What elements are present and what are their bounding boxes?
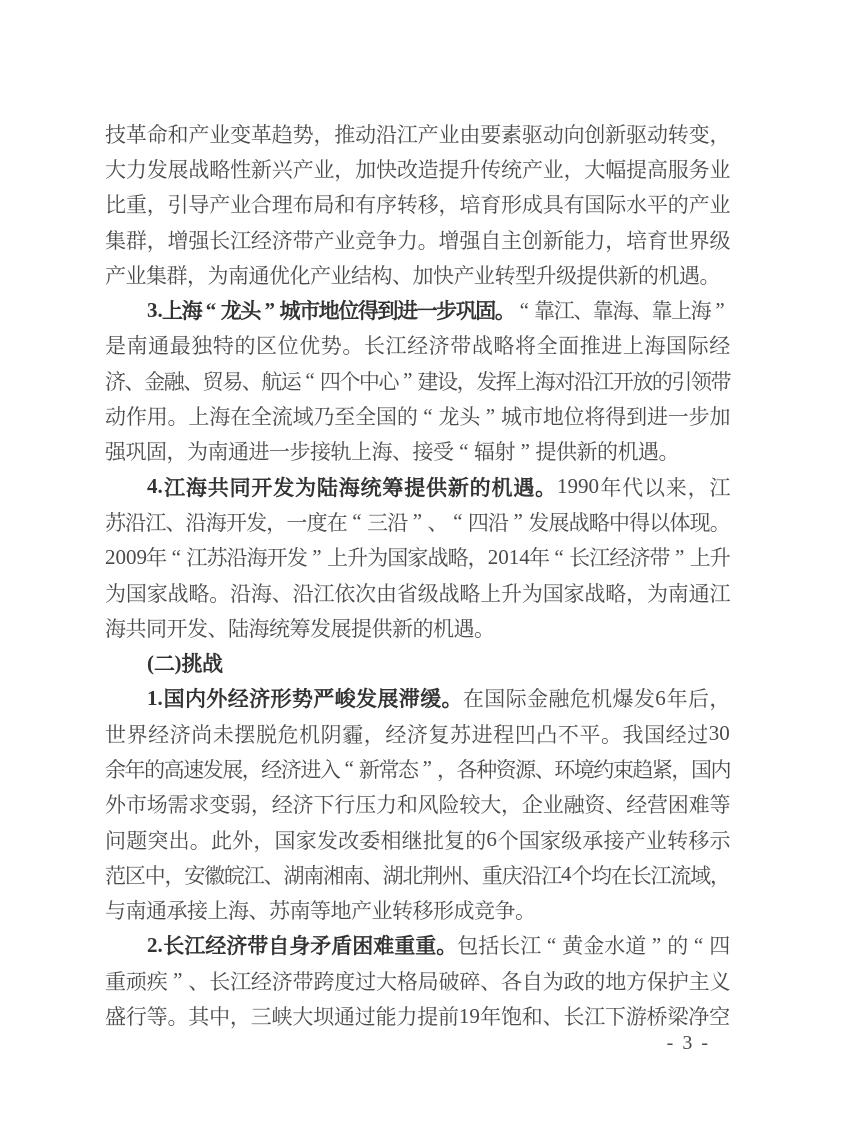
text-line: 技革命和产业变革趋势，推动沿江产业由要素驱动向创新驱动转变， bbox=[105, 116, 730, 151]
text-line: 盛行等。其中，三峡大坝通过能力提前19年饱和、长江下游桥梁净空 bbox=[105, 998, 730, 1033]
text-line: 问题突出。此外，国家发改委相继批复的6个国家级承接产业转移示 bbox=[105, 822, 730, 857]
text-line: 3.上海“龙头”城市地位得到进一步巩固。“靠江、靠海、靠上海” bbox=[105, 292, 730, 327]
text-line: 大力发展战略性新兴产业，加快改造提升传统产业，大幅提高服务业 bbox=[105, 151, 730, 186]
page-number: - 3 - bbox=[667, 1032, 710, 1055]
text-line: 产业集群，为南通优化产业结构、加快产业转型升级提供新的机遇。 bbox=[105, 257, 730, 292]
text-line: 余年的高速发展，经济进入“新常态”，各种资源、环境约束趋紧，国内 bbox=[105, 751, 730, 786]
text-line: 比重，引导产业合理布局和有序转移，培育形成具有国际水平的产业 bbox=[105, 187, 730, 222]
text-line: 苏沿江、沿海开发，一度在“三沿”、“四沿”发展战略中得以体现。 bbox=[105, 504, 730, 539]
text-line: (二)挑战 bbox=[105, 645, 730, 680]
text-line: 重顽疾”、长江经济带跨度过大格局破碎、各自为政的地方保护主义 bbox=[105, 963, 730, 998]
text-line: 范区中，安徽皖江、湖南湘南、湖北荆州、重庆沿江4个均在长江流域， bbox=[105, 857, 730, 892]
text-line: 是南通最独特的区位优势。长江经济带战略将全面推进上海国际经 bbox=[105, 328, 730, 363]
document-page: 技革命和产业变革趋势，推动沿江产业由要素驱动向创新驱动转变，大力发展战略性新兴产… bbox=[0, 0, 850, 1146]
text-line: 4.江海共同开发为陆海统筹提供新的机遇。1990年代以来，江 bbox=[105, 469, 730, 504]
text-block: 技革命和产业变革趋势，推动沿江产业由要素驱动向创新驱动转变，大力发展战略性新兴产… bbox=[105, 116, 730, 1034]
text-line: 济、金融、贸易、航运“四个中心”建设，发挥上海对沿江开放的引领带 bbox=[105, 363, 730, 398]
text-line: 外市场需求变弱，经济下行压力和风险较大，企业融资、经营困难等 bbox=[105, 787, 730, 822]
text-line: 与南通承接上海、苏南等地产业转移形成竞争。 bbox=[105, 893, 730, 928]
text-line: 为国家战略。沿海、沿江依次由省级战略上升为国家战略，为南通江 bbox=[105, 575, 730, 610]
text-line: 集群，增强长江经济带产业竞争力。增强自主创新能力，培育世界级 bbox=[105, 222, 730, 257]
text-line: 动作用。上海在全流域乃至全国的“龙头”城市地位将得到进一步加 bbox=[105, 398, 730, 433]
text-line: 2.长江经济带自身矛盾困难重重。包括长江“黄金水道”的“四 bbox=[105, 928, 730, 963]
text-line: 1.国内外经济形势严峻发展滞缓。在国际金融危机爆发6年后， bbox=[105, 681, 730, 716]
text-line: 海共同开发、陆海统筹发展提供新的机遇。 bbox=[105, 610, 730, 645]
text-line: 世界经济尚未摆脱危机阴霾，经济复苏进程凹凸不平。我国经过30 bbox=[105, 716, 730, 751]
text-line: 强巩固，为南通进一步接轨上海、接受“辐射”提供新的机遇。 bbox=[105, 434, 730, 469]
text-line: 2009年“江苏沿海开发”上升为国家战略，2014年“长江经济带”上升 bbox=[105, 540, 730, 575]
